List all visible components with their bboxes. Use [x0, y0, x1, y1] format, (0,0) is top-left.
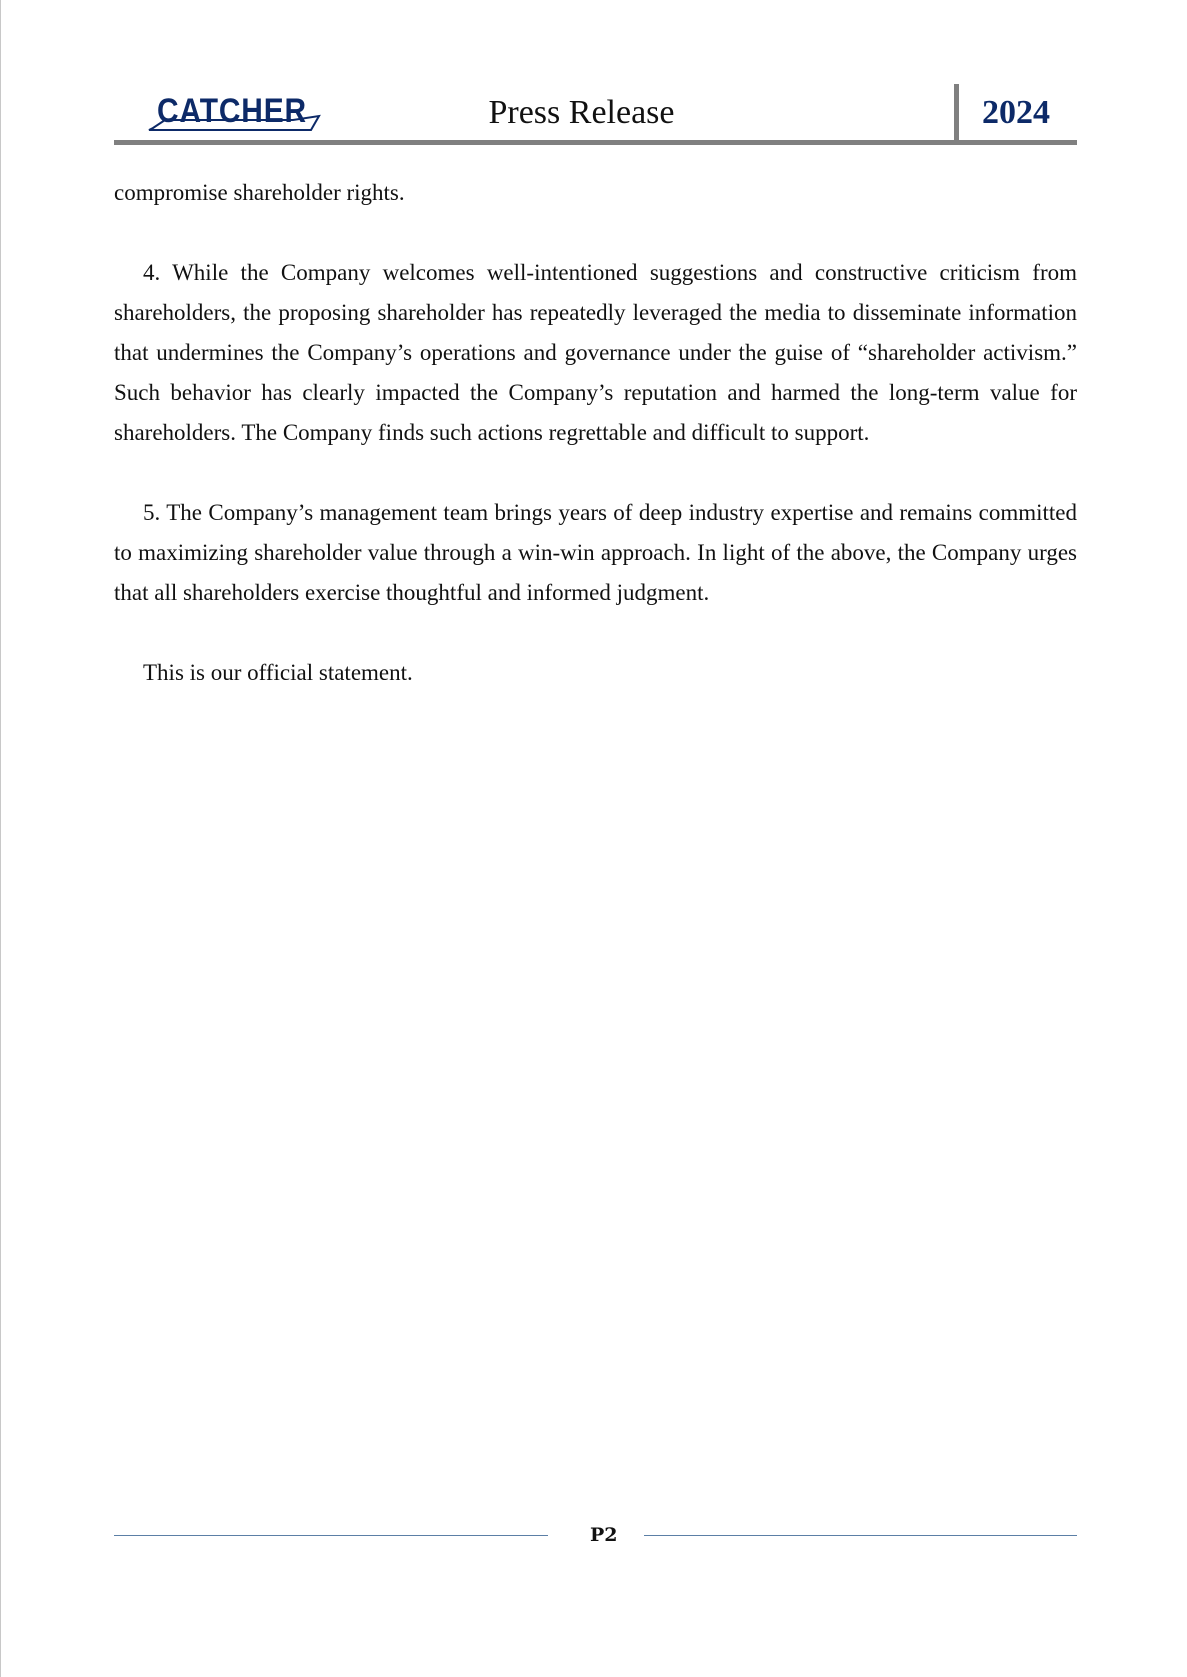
document-body: compromise shareholder rights. 4. While … [114, 173, 1077, 693]
header-rule [114, 140, 1077, 145]
footer-rule-right [644, 1535, 1077, 1536]
page-title: Press Release [114, 92, 1077, 134]
header-divider [954, 84, 959, 142]
page-footer: P2 [114, 1520, 1077, 1550]
page-number: P2 [590, 1520, 618, 1550]
paragraph-item-5: 5. The Company’s management team brings … [114, 493, 1077, 613]
page-title-text: Press Release [488, 94, 674, 131]
paragraph-closing: This is our official statement. [114, 653, 1077, 693]
paragraph-continuation: compromise shareholder rights. [114, 173, 1077, 213]
paragraph-item-4: 4. While the Company welcomes well-inten… [114, 253, 1077, 453]
page-header: CATCHER Press Release 2024 [114, 82, 1077, 146]
header-year: 2024 [982, 92, 1050, 134]
page-edge [0, 0, 1, 1677]
footer-rule-left [114, 1535, 548, 1536]
